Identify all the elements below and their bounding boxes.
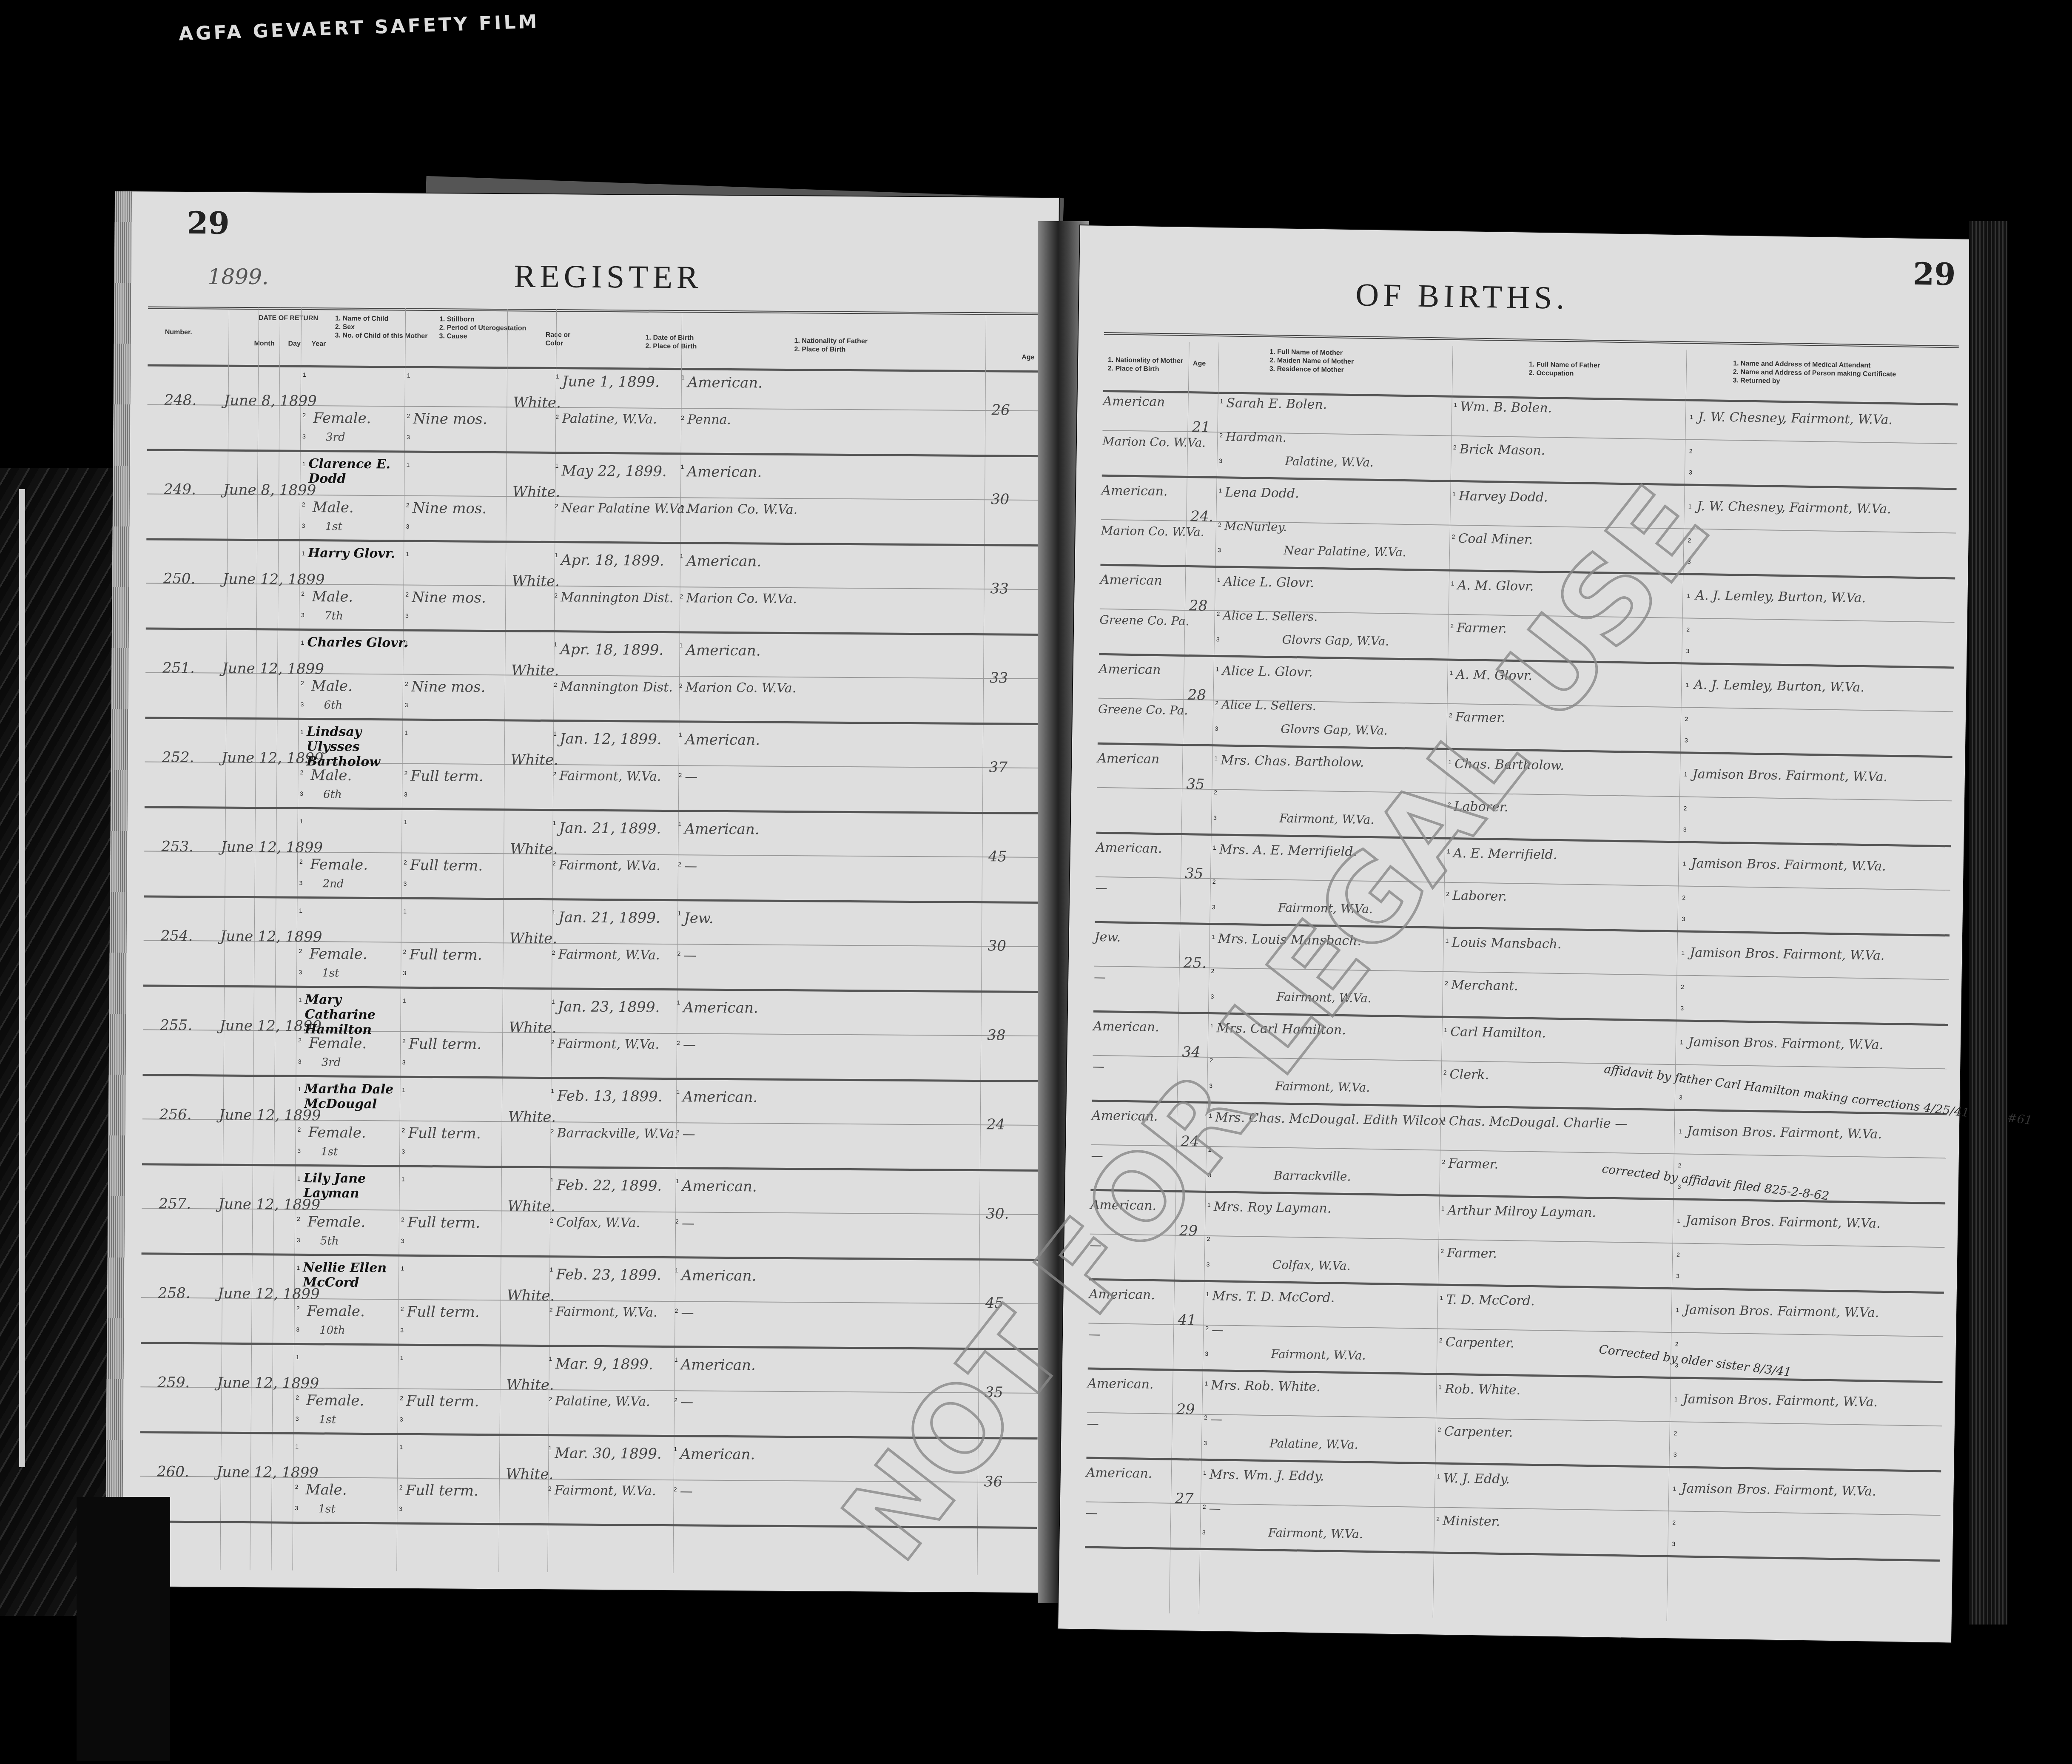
line-marker: 2 [299,947,302,954]
mother-residence: Palatine, W.Va. [1285,454,1374,469]
father-birthplace: Penna. [687,412,731,427]
gestation-period: Full term. [406,1393,479,1410]
mother-residence: Colfax, W.Va. [1272,1258,1350,1273]
father-birthplace: — [682,1127,695,1141]
line-marker: 1 [401,1176,405,1183]
child-sex: Female. [306,1392,364,1409]
line-marker: 1 [1441,1205,1445,1212]
mother-residence: Fairmont, W.Va. [1271,1347,1366,1363]
line-marker: 3 [407,434,410,441]
line-marker: 3 [1204,1440,1207,1446]
race: White. [511,662,559,679]
mother-birthplace: Greene Co. Pa. [1099,613,1190,628]
line-marker: 2 [1439,1337,1443,1344]
line-marker: 2 [1204,1414,1207,1421]
line-marker: 1 [678,820,682,827]
mother-age: 35 [1185,865,1204,882]
mother-nationality: American. [1096,840,1162,856]
mother-name: Lena Dodd. [1225,485,1299,501]
race: White. [513,394,561,411]
birth-place: Mannington Dist. [561,590,673,606]
record-number: 258. [158,1285,191,1302]
child-sex: Female. [307,1213,365,1231]
line-marker: 2 [553,771,556,777]
father-name: W. J. Eddy. [1443,1471,1510,1487]
medical-attendant: Jamison Bros. Fairmont, W.Va. [1690,945,1928,964]
father-nationality: American. [685,731,760,748]
line-marker: 1 [297,1175,301,1182]
line-marker: 1 [548,1445,552,1451]
line-marker: 2 [299,858,303,865]
line-marker: 2 [405,680,408,687]
birth-date: June 1, 1899. [562,373,660,391]
line-marker: 2 [297,1215,300,1222]
line-marker: 1 [1204,1380,1208,1387]
line-marker: 1 [555,552,558,558]
father-name: T. D. McCord. [1446,1292,1535,1309]
father-name: A. M. Glovr. [1457,578,1534,594]
header-attendant: 1. Name and Address of Medical Attendant… [1733,359,1896,387]
child-name: Lindsay Ulysses Bartholow [307,724,418,770]
child-sex: Female. [307,1303,364,1320]
line-marker: 2 [1205,1325,1209,1332]
table-row: 257.June 12, 1899Lily Jane LaymanFemale.… [142,1165,1039,1261]
table-row: 250.June 12, 1899Harry Glovr.Male.7thNin… [146,540,1044,636]
mother-name: Mrs. Rob. White. [1211,1378,1321,1394]
line-marker: 3 [1683,826,1687,833]
father-nationality: American. [688,374,763,391]
line-marker: 3 [1686,647,1689,654]
correction-note: Corrected by older sister 8/3/41 [1598,1342,1792,1379]
father-birthplace: — [683,1037,696,1052]
birth-date: May 22, 1899. [561,462,667,480]
child-number: 6th [323,788,342,801]
line-marker: 2 [1219,432,1223,438]
mother-nationality: American [1103,394,1165,410]
line-marker: 1 [404,729,408,736]
child-number: 6th [324,699,342,711]
line-marker: 3 [402,1059,406,1066]
table-row: American.—27Mrs. Wm. J. Eddy.—Fairmont, … [1085,1459,1941,1562]
birth-place: Mannington Dist. [560,679,673,695]
child-sex: Male. [313,499,354,516]
line-marker: 1 [302,461,305,467]
line-marker: 3 [1213,814,1217,821]
father-birthplace: — [685,769,697,784]
header-date-of-return: DATE OF RETURN [259,314,318,323]
line-marker: 1 [680,642,683,649]
race: White. [509,930,558,947]
line-marker: 1 [1203,1469,1207,1476]
mother-name: Sarah E. Bolen. [1226,395,1327,412]
birth-date: Feb. 13, 1899. [557,1087,663,1105]
mother-name: Mrs. Wm. J. Eddy. [1210,1467,1324,1484]
mother-age: 41 [1178,1312,1196,1329]
record-number: 257. [159,1195,191,1213]
mother-residence: Fairmont, W.Va. [1268,1525,1363,1541]
return-date: June 12, 1899 [221,839,323,856]
table-row: 248.June 8, 1899Female.3rdNine mos.White… [147,361,1045,457]
line-marker: 2 [298,1037,302,1044]
birth-date: Apr. 18, 1899. [561,552,664,569]
line-marker: 1 [1438,1384,1442,1391]
line-marker: 1 [1212,933,1215,940]
line-marker: 2 [407,413,410,419]
line-marker: 1 [1220,398,1223,404]
line-marker: 3 [296,1415,299,1422]
child-number: 1st [318,1502,336,1515]
line-marker: 2 [399,1484,403,1491]
header-father-nationality: 1. Nationality of Father 2. Place of Bir… [794,337,868,354]
mother-name: Alice L. Glovr. [1224,574,1315,590]
father-occupation: Coal Miner. [1458,531,1533,547]
table-row: American.—29Mrs. Rob. White.—Palatine, W… [1086,1370,1942,1473]
line-marker: 3 [1680,1004,1684,1011]
gestation-period: Full term. [408,1125,481,1142]
birth-date: Feb. 23, 1899. [556,1266,661,1284]
line-marker: 1 [556,373,559,380]
mother-age: 27 [1175,1490,1194,1508]
header-child: 1. Name of Child 2. Sex 3. No. of Child … [335,314,428,341]
line-marker: 1 [407,372,410,379]
child-name [305,903,416,904]
child-sex: Female. [310,856,368,873]
line-marker: 1 [295,1443,299,1450]
gestation-period: Full term. [407,1214,480,1232]
birth-place: Barrackville, W.Va. [557,1126,678,1141]
line-marker: 2 [1443,1069,1447,1076]
line-marker: 1 [300,818,303,825]
race: White. [507,1287,555,1304]
line-marker: 2 [1682,894,1685,901]
race: White. [506,1465,554,1483]
father-nationality: American. [687,463,762,481]
child-number: 3rd [322,1056,341,1069]
line-marker: 2 [1440,1248,1444,1255]
birth-place: Fairmont, W.Va. [555,1483,656,1499]
line-marker: 1 [549,1355,552,1362]
father-name: Carl Hamilton. [1450,1024,1546,1041]
father-name: Wm. B. Bolen. [1460,399,1552,415]
line-marker: 3 [1675,1362,1678,1369]
line-marker: 3 [1218,546,1221,553]
page-title-left: REGISTER [514,258,703,296]
line-marker: 2 [1438,1426,1441,1433]
line-marker: 1 [296,1354,299,1360]
line-marker: 1 [1216,666,1219,672]
record-number: 256. [159,1106,192,1124]
line-marker: 2 [1203,1503,1206,1510]
gestation-period: Nine mos. [413,500,487,517]
line-marker: 1 [296,1264,300,1271]
child-number: 7th [324,609,343,622]
line-marker: 2 [1450,623,1454,629]
birth-date: Jan. 21, 1899. [558,909,660,927]
child-sex: Male. [310,767,352,784]
child-name [306,814,417,814]
line-marker: 3 [1674,1451,1677,1458]
father-age: 33 [990,580,1009,597]
child-name: Harry Glovr. [308,546,418,561]
father-nationality: American. [683,1088,757,1106]
child-name: Lily Jane Layman [303,1171,414,1201]
line-marker: 1 [1440,1295,1443,1301]
line-marker: 3 [404,880,407,887]
mother-age: 29 [1176,1401,1195,1418]
correction-note: corrected by affidavit filed 825-2-8-62 [1601,1162,1830,1203]
father-nationality: American. [681,1267,756,1284]
year-note: 1899. [208,264,269,289]
line-marker: 2 [677,950,680,957]
table-row: 255.June 12, 1899Mary Catharine Hamilton… [142,987,1040,1082]
line-marker: 1 [298,1086,301,1093]
line-marker: 1 [402,1087,405,1093]
line-marker: 1 [401,1265,404,1272]
father-occupation: Merchant. [1451,978,1518,993]
father-birthplace: Marion Co. W.Va. [686,591,797,606]
line-marker: 2 [1436,1516,1440,1522]
line-marker: 3 [400,1327,404,1334]
line-marker: 1 [1679,1128,1682,1135]
line-marker: 1 [675,1356,678,1363]
father-birthplace: — [684,859,697,873]
father-occupation: Farmer. [1447,1246,1497,1261]
birth-place: Colfax, W.Va. [556,1215,640,1230]
table-row: 252.June 12, 1899Lindsay Ulysses Barthol… [145,719,1042,814]
line-marker: 2 [1689,448,1693,455]
father-occupation: Clerk. [1449,1067,1489,1082]
header-year: Year [311,340,326,348]
line-marker: 1 [303,371,306,378]
line-marker: 1 [549,1266,553,1273]
mother-name: Mrs. Chas. Bartholow. [1221,753,1364,770]
header-stillborn: 1. Stillborn 2. Period of Uterogestation… [439,315,527,341]
line-marker: 1 [680,552,683,559]
child-name: Martha Dale McDougal [304,1081,415,1112]
line-marker: 3 [405,702,408,708]
binder-clip [77,1497,170,1761]
father-nationality: American. [686,552,761,570]
line-marker: 2 [680,593,683,600]
line-marker: 1 [403,908,407,915]
table-row: 253.June 12, 1899Female.2ndFull term.Whi… [144,808,1042,904]
father-nationality: American. [683,999,758,1016]
record-number: 253. [161,838,194,856]
father-age: 30 [991,491,1010,508]
line-marker: 3 [1682,915,1685,922]
line-marker: 1 [406,461,410,468]
line-marker: 2 [1217,610,1220,617]
father-birthplace: Marion Co. W.Va. [687,501,798,517]
mother-age: 28 [1187,686,1206,704]
line-marker: 1 [1677,1217,1680,1224]
line-marker: 3 [299,879,303,886]
record-number: 259. [157,1374,190,1391]
line-marker: 3 [300,790,303,797]
medical-attendant: Jamison Bros. Fairmont, W.Va. [1687,1124,1925,1143]
race: White. [507,1198,555,1215]
father-age: 38 [987,1027,1006,1044]
birth-place: Fairmont, W.Va. [559,768,661,784]
line-marker: 1 [555,462,558,469]
mother-birthplace: Marion Co. W.Va. [1101,524,1204,539]
line-marker: 2 [674,1486,677,1493]
medical-attendant: A. J. Lemley, Burton, W.Va. [1695,588,1933,607]
birth-place: Fairmont, W.Va. [556,1304,657,1320]
father-nationality: American. [686,642,760,659]
mother-maiden-name: Hardman. [1226,430,1286,444]
child-number: 1st [321,1145,338,1158]
table-row: 254.June 12, 1899Female.1stFull term.Whi… [143,897,1041,993]
line-marker: 3 [296,1326,299,1333]
line-marker: 2 [405,591,409,598]
gestation-period: Nine mos. [413,410,487,428]
birth-place: Fairmont, W.Va. [558,1036,659,1052]
line-marker: 1 [1218,487,1222,494]
record-number: 250. [163,570,196,588]
father-birthplace: — [683,948,696,963]
race: White. [512,572,560,590]
line-marker: 2 [1452,533,1455,540]
line-marker: 1 [1674,1396,1678,1403]
mother-nationality: Jew. [1094,930,1121,945]
line-marker: 1 [553,730,557,737]
line-marker: 1 [674,1445,677,1452]
child-number: 2nd [323,877,344,890]
line-marker: 3 [405,612,409,619]
mother-age: 28 [1189,597,1208,615]
child-name [309,367,420,368]
father-nationality: Jew. [684,910,714,927]
father-nationality: American. [681,1356,756,1374]
header-number: Number. [165,328,192,337]
line-marker: 3 [1205,1350,1208,1357]
gestation-period: Full term. [409,946,482,964]
line-marker: 1 [1673,1485,1676,1492]
line-marker: 3 [404,791,407,798]
gestation-period: Full term. [407,1303,479,1321]
line-marker: 1 [1681,949,1685,956]
father-birthplace: — [681,1305,694,1320]
father-birthplace: — [680,1484,693,1499]
mother-residence: Barrackville. [1274,1168,1351,1184]
birth-date: Jan. 23, 1899. [558,998,660,1016]
line-marker: 1 [554,641,558,648]
birth-place: Fairmont, W.Va. [559,858,660,873]
line-marker: 2 [301,680,304,686]
line-marker: 2 [554,681,557,688]
line-marker: 2 [1212,878,1216,885]
line-marker: 2 [401,1216,404,1223]
father-name: Louis Mansbach. [1452,935,1561,952]
mother-birthplace: — [1094,970,1106,984]
father-occupation: Carpenter. [1444,1424,1513,1440]
return-date: June 12, 1899 [217,1374,319,1392]
race: White. [509,1019,557,1036]
line-marker: 2 [301,590,305,597]
page-number-right: 29 [1913,256,1956,293]
record-number: 254. [161,928,193,945]
mother-name: Alice L. Glovr. [1222,663,1313,680]
line-marker: 2 [1214,789,1217,796]
line-marker: 1 [1214,755,1218,762]
line-marker: 3 [1216,636,1220,643]
medical-attendant: Jamison Bros. Fairmont, W.Va. [1685,1213,1924,1232]
line-marker: 1 [1206,1291,1209,1297]
line-marker: 3 [297,1237,300,1243]
mother-age: 21 [1192,418,1210,436]
medical-attendant: Jamison Bros. Fairmont, W.Va. [1684,1303,1922,1321]
line-marker: 2 [1676,1251,1680,1258]
line-marker: 1 [1451,580,1454,587]
line-marker: 1 [681,374,685,381]
line-marker: 2 [1218,521,1221,528]
header-mother: 1. Full Name of Mother 2. Maiden Name of… [1269,348,1354,375]
line-marker: 3 [302,433,306,440]
mother-maiden-name: — [1209,1501,1221,1515]
mother-nationality: American [1100,572,1162,588]
mother-nationality: American [1097,751,1159,767]
child-name: Mary Catharine Hamilton [305,992,416,1038]
mother-nationality: American. [1101,483,1168,499]
father-name: Chas. McDougal. Charlie — [1449,1114,1628,1132]
line-marker: 1 [676,1178,679,1184]
race: White. [511,751,559,768]
line-marker: 1 [677,999,680,1006]
child-sex: Female. [309,1035,367,1052]
father-nationality: American. [680,1445,755,1463]
line-marker: 2 [681,414,684,421]
line-marker: 2 [402,1127,405,1134]
line-marker: 1 [406,551,409,558]
gestation-period: Nine mos. [411,678,486,696]
line-marker: 1 [300,728,304,735]
line-marker: 1 [552,998,555,1005]
line-marker: 1 [680,463,684,470]
father-name: Arthur Milroy Layman. [1447,1203,1596,1220]
record-number: 248. [164,392,196,409]
birth-place: Near Palatine W.Va. [561,501,689,516]
mother-birthplace: — [1095,881,1107,895]
return-date: June 8, 1899 [223,481,316,499]
gestation-period: Nine mos. [412,589,486,606]
child-name [302,1439,413,1440]
header-day: Day [288,340,300,348]
line-marker: 1 [1688,503,1692,510]
line-marker: 1 [403,997,406,1004]
birth-date: Jan. 12, 1899. [560,730,662,748]
line-marker: 3 [401,1238,404,1244]
child-sex: Female. [313,410,371,427]
line-marker: 3 [401,1148,405,1155]
medical-attendant: A. J. Lemley, Burton, W.Va. [1694,677,1932,696]
mother-maiden-name: McNurley. [1224,519,1287,534]
line-marker: 3 [302,522,305,529]
birth-date: Feb. 22, 1899. [557,1177,662,1195]
mother-nationality: American. [1087,1376,1154,1392]
line-marker: 2 [674,1397,677,1403]
record-number: 260. [157,1463,189,1481]
mother-birthplace: — [1093,1059,1105,1073]
line-marker: 1 [302,550,305,557]
line-marker: 1 [1680,1038,1683,1045]
line-marker: 1 [1684,771,1688,777]
line-marker: 2 [549,1396,552,1403]
record-number: 251. [162,660,195,677]
mother-name: Mrs. Roy Layman. [1214,1199,1332,1216]
child-number: 10th [319,1324,345,1337]
mother-name: Mrs. T. D. McCord. [1212,1289,1335,1306]
